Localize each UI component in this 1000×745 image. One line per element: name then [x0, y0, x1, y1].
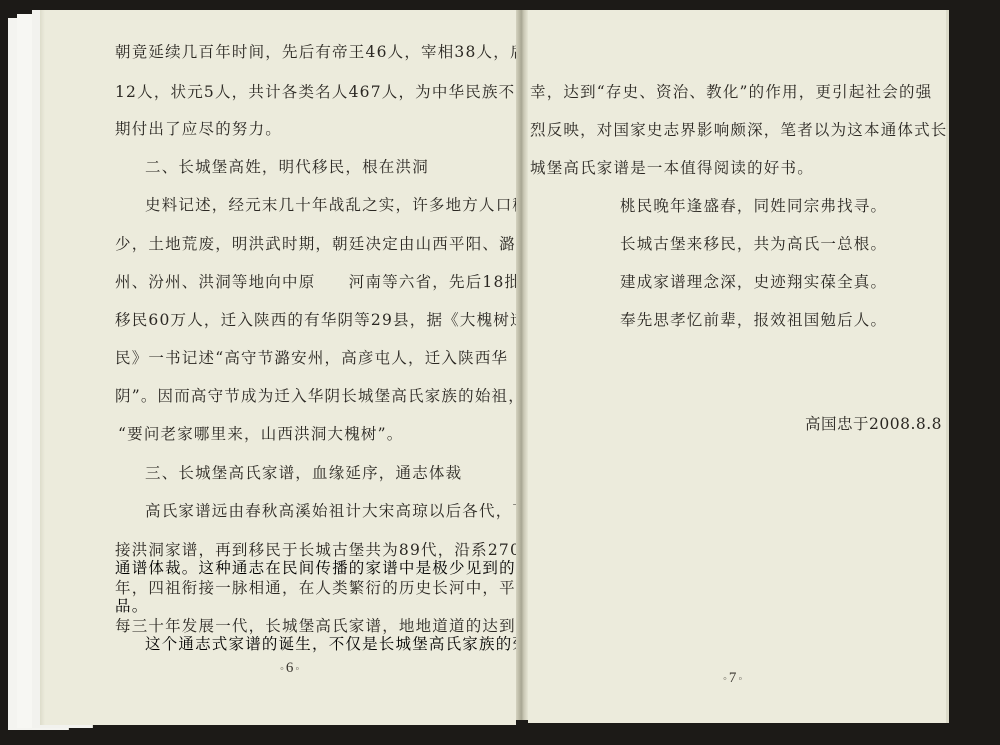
text-line: 阴”。因而高守节成为迁入华阴长城堡高氏家族的始祖， — [115, 384, 525, 406]
right-page: 幸，达到“存史、资治、教化”的作用，更引起社会的强 烈反映，对国家史志界影响颇深… — [528, 10, 949, 723]
page-ornament-icon: ◦ — [738, 673, 744, 685]
page-number-7: ◦7◦ — [723, 670, 744, 687]
poem-line: 奉先思孝忆前辈，报效祖国勉后人。 — [620, 308, 887, 330]
text-line: 州、汾州、洪洞等地向中原 河南等六省，先后18批， — [115, 270, 538, 292]
poem-line: 长城古堡来移民，共为高氏一总根。 — [620, 232, 887, 254]
page-number-6: ◦6◦ — [280, 660, 301, 677]
text-line: 年，四祖衔接一脉相通，在人类繁衍的历史长河中，平均 — [115, 576, 533, 598]
book-gutter — [516, 10, 528, 720]
text-line: 移民60万人，迁入陕西的有华阴等29县，据《大槐树迁 — [115, 308, 527, 330]
page-ornament-icon: ◦ — [295, 663, 301, 675]
text-line: 烈反映，对国家史志界影响颇深，笔者以为这本通体式长 — [530, 118, 948, 140]
text-line: “要问老家哪里来，山西洪洞大槐树”。 — [118, 422, 403, 444]
text-line: 少，土地荒废，明洪武时期，朝廷决定由山西平阳、潞 — [115, 232, 516, 254]
text-line: 12人，状元5人，共计各类名人467人，为中华民族不同时 — [115, 80, 549, 102]
text-line: 朝竟延续几百年时间，先后有帝王46人，宰相38人，后妃 — [115, 40, 543, 62]
text-line: 民》一书记述“高守节潞安州，高彦屯人，迁入陕西华 — [115, 346, 508, 368]
poem-line: 桃民晚年逢盛春，同姓同宗弗找寻。 — [620, 194, 887, 216]
text-line: 史料记述，经元末几十年战乱之实，许多地方人口稀 — [145, 193, 529, 215]
left-page: 朝竟延续几百年时间，先后有帝王46人，宰相38人，后妃 12人，状元5人，共计各… — [40, 10, 516, 725]
poem-line: 建成家谱理念深，史迹翔实葆全真。 — [620, 270, 887, 292]
text-line: 品。 — [115, 594, 148, 616]
section-heading: 二、长城堡高姓，明代移民，根在洪洞 — [145, 155, 429, 177]
text-line: 通谱体裁。这种通志在民间传播的家谱中是极少见到的珍 — [115, 556, 533, 578]
text-line: 城堡高氏家谱是一本值得阅读的好书。 — [530, 156, 814, 178]
text-line: 高氏家谱远由春秋高溪始祖计大宋高琼以后各代，下 — [145, 499, 529, 521]
text-line: 幸，达到“存史、资治、教化”的作用，更引起社会的强 — [530, 80, 932, 102]
text-line: 这个通志式家谱的诞生，不仅是长城堡高氏家族的荣 — [145, 632, 529, 654]
text-line: 期付出了应尽的努力。 — [115, 117, 282, 139]
section-heading: 三、长城堡高氏家谱，血缘延序，通志体裁 — [145, 461, 462, 483]
author-signature: 高国忠于2008.8.8 — [805, 412, 942, 434]
